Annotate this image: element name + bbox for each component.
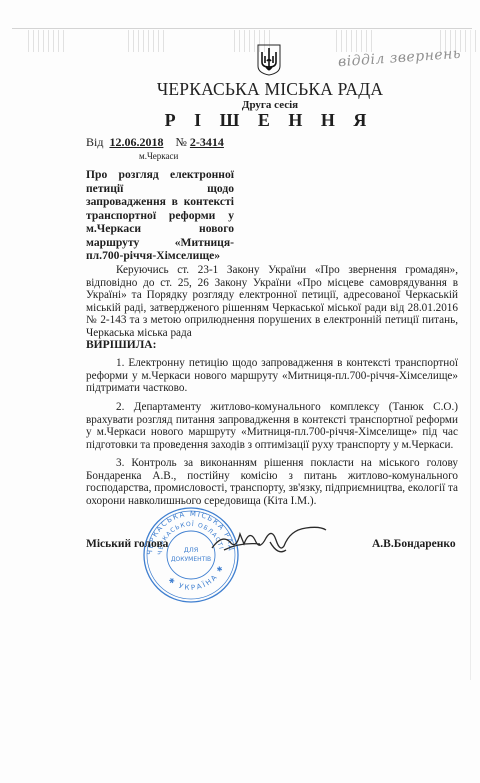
intro-text: Керуючись ст. 23-1 Закону України «Про з… — [86, 264, 458, 339]
date-prefix: Від — [86, 135, 103, 149]
document-title: Р І Ш Е Н Н Я — [0, 110, 480, 131]
document-number: 2-3414 — [190, 135, 224, 149]
scan-artifact-line — [12, 28, 472, 29]
scan-artifact-dots — [28, 30, 68, 52]
handwritten-signature — [210, 520, 330, 560]
svg-text:ДОКУМЕНТІВ: ДОКУМЕНТІВ — [171, 556, 211, 563]
resolved-label: ВИРІШИЛА: — [86, 339, 156, 351]
decision-item-2: 2. Департаменту житлово-комунального ком… — [86, 401, 458, 451]
svg-text:✱ УКРАЇНА ✱: ✱ УКРАЇНА ✱ — [167, 563, 226, 592]
document-date: 12.06.2018 — [109, 135, 163, 149]
date-number-line: Від 12.06.2018 № 2-3414 — [86, 135, 224, 150]
document-subject: Про розгляд електронної петиції щодо зап… — [86, 168, 234, 263]
signatory-name: А.В.Бондаренко — [372, 538, 456, 550]
number-prefix: № — [175, 135, 186, 149]
city-label: м.Черкаси — [139, 151, 178, 161]
trident-coat-of-arms-icon — [257, 44, 281, 76]
intro-paragraph: Керуючись ст. 23-1 Закону України «Про з… — [86, 264, 458, 340]
decision-item-3: 3. Контроль за виконанням рішення поклас… — [86, 457, 458, 507]
signatory-position: Міський голова — [86, 538, 168, 550]
decision-item-text: 1. Електронну петицію щодо запровадження… — [86, 357, 458, 394]
scan-artifact-dots — [336, 30, 376, 52]
document-page: відділ звернень ЧЕРКАСЬКА МІСЬКА РАДА Др… — [0, 0, 480, 783]
scan-artifact-dots — [128, 30, 168, 52]
decision-item-text: 2. Департаменту житлово-комунального ком… — [86, 401, 458, 451]
decision-item-1: 1. Електронну петицію щодо запровадження… — [86, 357, 458, 395]
decision-item-text: 3. Контроль за виконанням рішення поклас… — [86, 457, 458, 507]
svg-text:ДЛЯ: ДЛЯ — [184, 546, 198, 554]
council-name: ЧЕРКАСЬКА МІСЬКА РАДА — [0, 79, 480, 100]
